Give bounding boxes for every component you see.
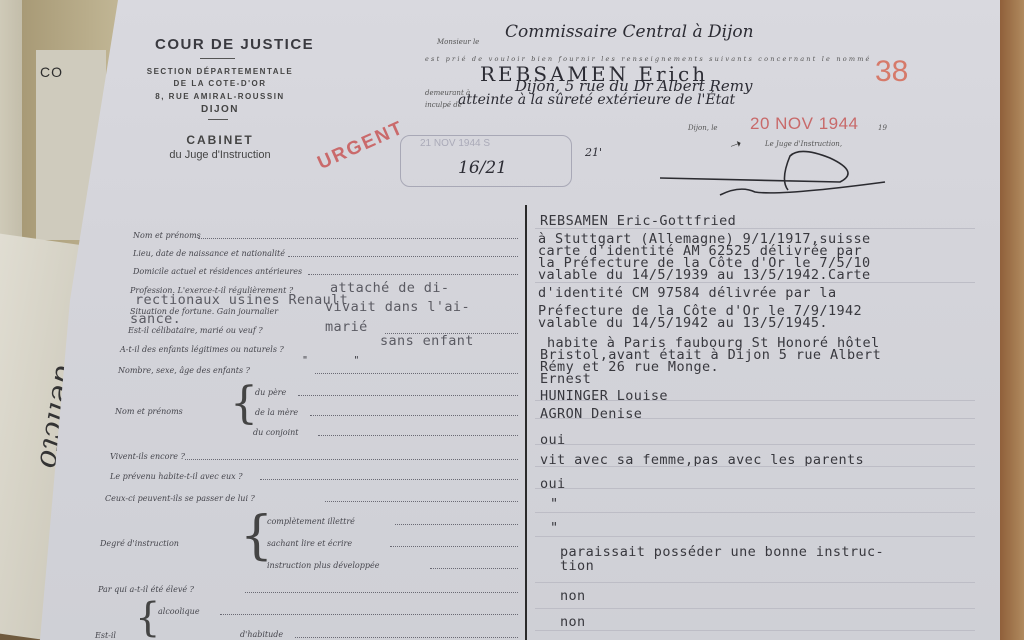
- field-label-pere: du père: [255, 388, 286, 397]
- typed-answer-line: non: [560, 588, 586, 604]
- court-address: 8, RUE AMIRAL-ROUSSIN: [95, 92, 345, 101]
- typed-answer-line: Ernest: [540, 371, 591, 387]
- typed-answer-line: oui: [540, 476, 566, 492]
- divider: [200, 58, 235, 59]
- ruled-line: [535, 282, 975, 283]
- field-line: [395, 524, 518, 525]
- section-line-1: SECTION DÉPARTEMENTALE: [95, 67, 345, 76]
- charge-handwritten: atteinte à la sûreté extérieure de l'Éta…: [458, 92, 735, 108]
- typed-answer-line: paraissait posséder une bonne instruc-: [560, 544, 884, 560]
- typed-answer-line: d'identité CM 97584 délivrée par la: [538, 285, 836, 301]
- field-label-etat-civil: Est-il célibataire, marié ou veuf ?: [128, 326, 263, 335]
- date-stamp: 20 NOV 1944: [750, 114, 859, 134]
- typed-answer-line: valable du 14/5/1942 au 13/5/1945.: [538, 315, 828, 331]
- typed-answer-line: AGRON Denise: [540, 406, 642, 422]
- typed-answer-line: ": [550, 496, 559, 512]
- field-label-instruction: instruction plus développée: [267, 561, 379, 570]
- field-line: [315, 373, 518, 374]
- field-label-habite: Le prévenu habite-t-il avec eux ?: [110, 472, 242, 481]
- document-sheet: COUR DE JUSTICE SECTION DÉPARTEMENTALE D…: [40, 0, 1000, 640]
- field-value-enfants: sans enfant: [380, 333, 474, 349]
- dijon-le-label: Dijon, le: [688, 124, 718, 132]
- typed-answer-line: non: [560, 614, 586, 630]
- court-title: COUR DE JUSTICE: [155, 36, 314, 53]
- field-line: [295, 637, 518, 638]
- field-line: [390, 546, 518, 547]
- judge-signature: [660, 150, 890, 200]
- column-divider: [525, 205, 527, 640]
- group-label-degre: Degré d'instruction: [100, 539, 179, 548]
- year-suffix: 19: [878, 124, 887, 132]
- ruled-line: [535, 418, 975, 419]
- field-line: [288, 256, 518, 257]
- field-line: [185, 459, 518, 460]
- field-value-nombre-enfants: " ": [302, 355, 360, 366]
- field-label-illettre: complètement illettré: [267, 517, 355, 526]
- field-label-conjoint: du conjoint: [253, 428, 299, 437]
- juge-label: du Juge d'Instruction: [95, 149, 345, 161]
- typed-answer-line: REBSAMEN Eric-Gottfried: [540, 213, 736, 229]
- field-line: [245, 592, 518, 593]
- reception-stamp-date: 21 NOV 1944 S: [420, 138, 490, 149]
- typed-answer-line: oui: [540, 432, 566, 448]
- ruled-line: [535, 444, 975, 445]
- field-line: [318, 435, 518, 436]
- field-line: [310, 415, 518, 416]
- cabinet-label: CABINET: [95, 133, 345, 147]
- brace: {: [230, 382, 258, 426]
- typed-answer-line: HUNINGER Louise: [540, 388, 668, 404]
- field-label-nom: Nom et prénoms: [133, 231, 201, 240]
- field-line: [308, 274, 518, 275]
- background-card-label: CO: [40, 64, 63, 80]
- divider: [208, 119, 228, 120]
- field-line: [220, 614, 518, 615]
- reception-number: 16/21: [458, 158, 507, 178]
- ruled-line: [535, 228, 975, 229]
- field-value-fortune-cont: sance.: [130, 311, 181, 327]
- field-value-fortune: vivait dans l'ai-: [325, 299, 470, 315]
- field-line: [298, 395, 518, 396]
- field-label-lire-ecrire: sachant lire et écrire: [267, 539, 352, 548]
- inculpe-label: inculpé de: [425, 101, 462, 109]
- ruled-line: [535, 608, 975, 609]
- group-label-est-il: Est-il: [95, 631, 116, 640]
- field-label-alcoolique: alcoolique: [158, 607, 200, 616]
- ruled-line: [535, 536, 975, 537]
- field-label-eleve: Par qui a-t-il été élevé ?: [98, 585, 194, 594]
- typed-answer-line: valable du 14/5/1939 au 13/5/1942.Carte: [538, 267, 871, 283]
- ruled-line: [535, 512, 975, 513]
- ruled-line: [535, 466, 975, 467]
- field-label-vivent: Vivent-ils encore ?: [110, 452, 185, 461]
- field-label-naissance: Lieu, date de naissance et nationalité: [133, 249, 285, 258]
- monsieur-label: Monsieur le: [437, 38, 479, 46]
- field-line: [325, 501, 518, 502]
- group-label-nom-prenoms: Nom et prénoms: [115, 407, 183, 416]
- ruled-line: [535, 488, 975, 489]
- field-label-habitude: d'habitude: [240, 630, 283, 639]
- field-line: [430, 568, 518, 569]
- field-line: [198, 238, 518, 239]
- field-label-enfants: A-t-il des enfants légitimes ou naturels…: [120, 345, 284, 354]
- ruled-line: [535, 582, 975, 583]
- field-label-nombre-enfants: Nombre, sexe, âge des enfants ?: [118, 366, 250, 375]
- file-number: 38: [875, 55, 908, 89]
- brace: {: [135, 598, 160, 638]
- field-label-passer: Ceux-ci peuvent-ils se passer de lui ?: [105, 494, 255, 503]
- addressee-handwritten: Commissaire Central à Dijon: [505, 22, 754, 42]
- ruled-line: [535, 400, 975, 401]
- field-line: [260, 479, 518, 480]
- margin-note: 21': [585, 146, 602, 159]
- field-value-etat-civil: marié: [325, 319, 368, 335]
- field-value-profession-cont: rectionaux usines Renault: [135, 292, 348, 308]
- section-line-2: DE LA COTE-D'OR: [95, 79, 345, 88]
- ruled-line: [535, 630, 975, 631]
- typed-answer-line: tion: [560, 558, 594, 574]
- field-label-domicile: Domicile actuel et résidences antérieure…: [133, 267, 302, 276]
- juge-signature-label: Le Juge d'Instruction,: [765, 140, 842, 148]
- court-city: DIJON: [95, 104, 345, 115]
- field-label-mere: de la mère: [255, 408, 298, 417]
- typed-answer-line: ": [550, 520, 559, 536]
